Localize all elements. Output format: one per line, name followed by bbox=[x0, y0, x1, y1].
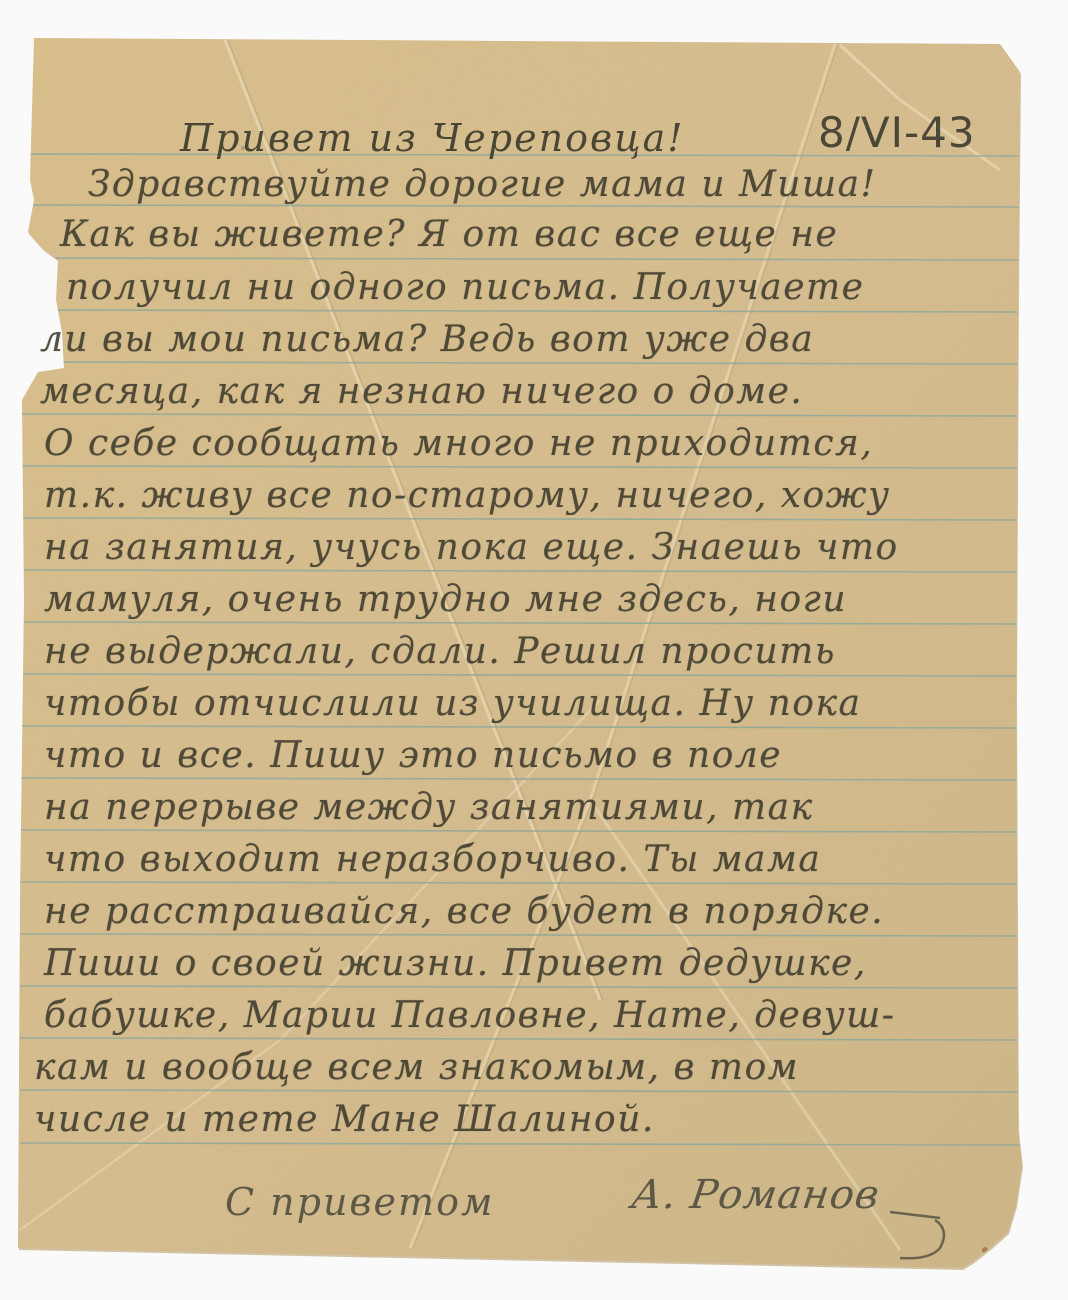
letter-line: не выдержали, сдали. Решил просить bbox=[44, 625, 1024, 679]
signature-flourish-icon bbox=[880, 1200, 970, 1270]
letter-line: т.к. живу все по-старому, ничего, хожу bbox=[44, 469, 1024, 523]
letter-line: на перерыве между занятиями, так bbox=[44, 781, 1024, 835]
letter-signature: А. Романов bbox=[629, 1172, 883, 1218]
letter-line: на занятия, учусь пока еще. Знаешь что bbox=[44, 521, 1024, 575]
letter-line: Здравствуйте дорогие мама и Миша! bbox=[88, 158, 1068, 212]
letter-line: Как вы живете? Я от вас все еще не bbox=[60, 208, 1040, 262]
letter-date: 8/VI-43 bbox=[818, 108, 976, 157]
letter-line: мамуля, очень трудно мне здесь, ноги bbox=[44, 573, 1024, 627]
letter-line: чтобы отчислили из училища. Ну пока bbox=[44, 677, 1024, 731]
letter-line: что выходит неразборчиво. Ты мама bbox=[44, 833, 1024, 887]
letter-line: кам и вообще всем знакомым, в том bbox=[34, 1041, 1014, 1095]
letter-line: ли вы мои письма? Ведь вот уже два bbox=[40, 313, 1020, 367]
letter-line: месяца, как я незнаю ничего о доме. bbox=[40, 365, 1020, 419]
letter-line: О себе сообщать много не приходится, bbox=[44, 417, 1024, 471]
letter-line: числе и тете Мане Шалиной. bbox=[34, 1093, 1014, 1147]
letter-line: что и все. Пишу это письмо в поле bbox=[44, 729, 1024, 783]
letter-closing: С приветом bbox=[225, 1180, 494, 1224]
letter-heading: Привет из Череповца! bbox=[180, 116, 685, 160]
letter-line: бабушке, Марии Павловне, Нате, девуш- bbox=[44, 989, 1024, 1043]
letter-line: Пиши о своей жизни. Привет дедушке, bbox=[44, 937, 1024, 991]
letter-line: получил ни одного письма. Получаете bbox=[66, 261, 1046, 315]
letter-line: не расстраивайся, все будет в порядке. bbox=[44, 885, 1024, 939]
